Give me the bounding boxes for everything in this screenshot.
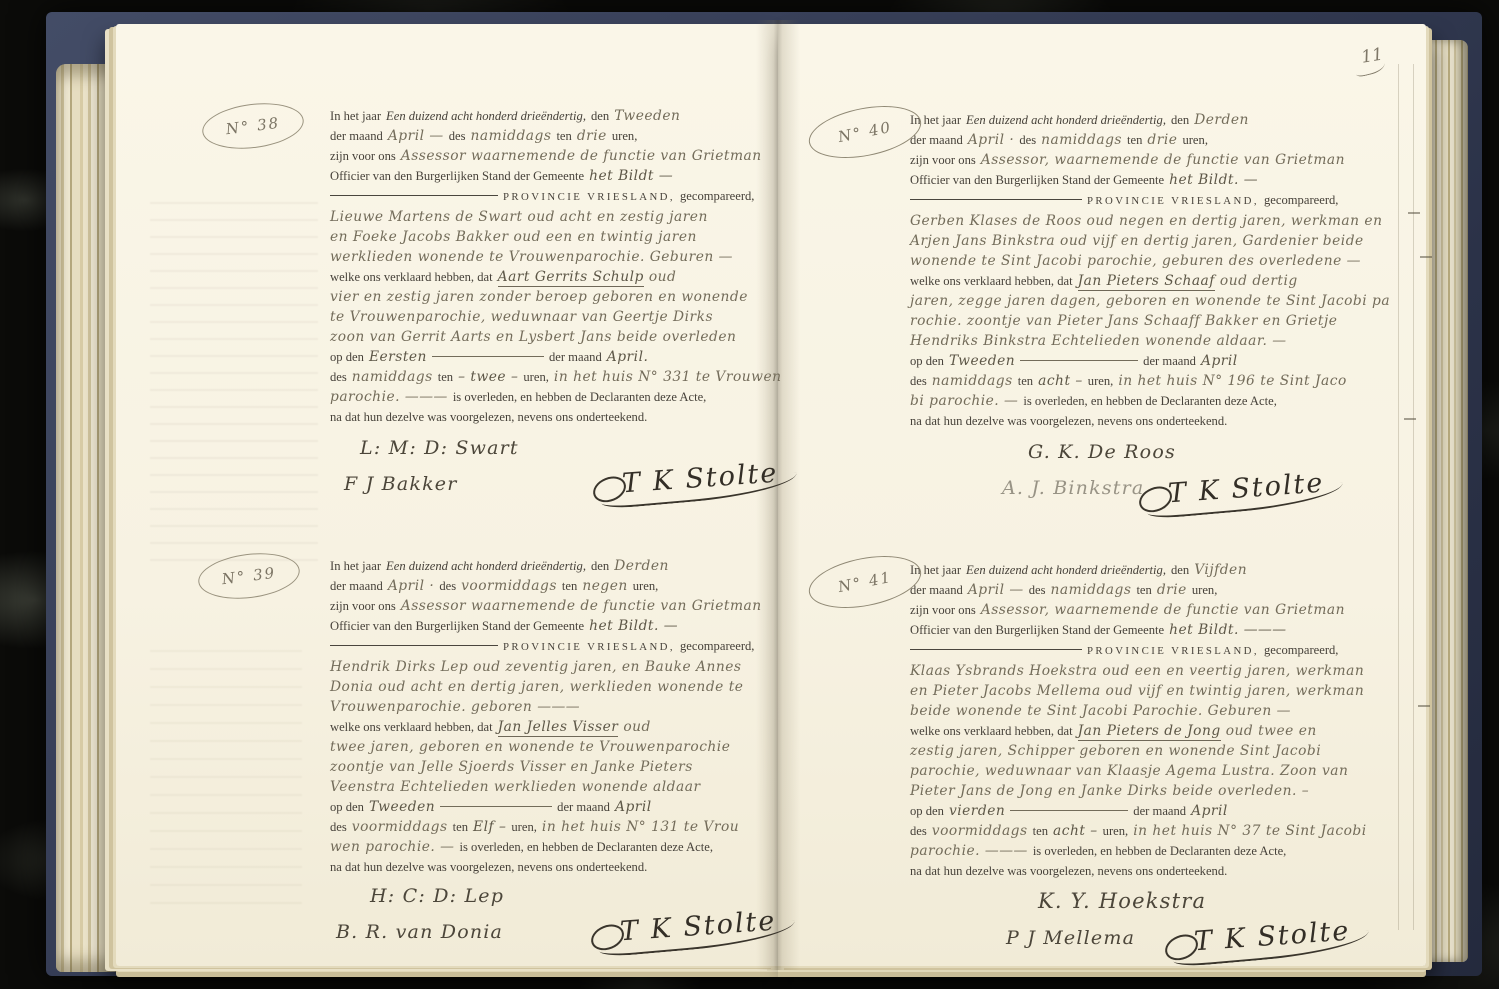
printed-text: uren, — [1192, 583, 1218, 597]
handwritten-details: vier en zestig jaren zonder beroep gebor… — [330, 289, 748, 305]
printed-text: gecompareerd, — [1264, 193, 1338, 207]
act-line: op denvierdender maandApril — [910, 801, 1390, 821]
witness-signature: H: C: D: Lep — [370, 885, 504, 907]
handwritten-death-hour: acht – — [1038, 373, 1083, 389]
printed-text: In het jaar — [330, 109, 381, 123]
handwritten-declarants: Lieuwe Martens de Swart oud acht en zest… — [330, 209, 708, 225]
printed-text: welke ons verklaard hebben, dat — [330, 720, 493, 734]
act-line: Gerben Klases de Roos oud negen en derti… — [910, 211, 1390, 231]
printed-text: uren, — [511, 820, 537, 834]
printed-text: op den — [910, 354, 944, 368]
act-line: In het jaarEen duizend acht honderd drie… — [910, 110, 1390, 130]
printed-text: Provincie Vriesland, — [1087, 645, 1259, 657]
handwritten-death-hour: acht – — [1053, 823, 1098, 839]
deceased-name: Aart Gerrits Schulp — [498, 269, 644, 287]
printed-text: Een duizend acht honderd drieëndertig, — [966, 113, 1166, 127]
act-line: jaren, zegge jaren dagen, geboren en won… — [910, 291, 1390, 311]
act-line: zoontje van Jelle Sjoerds Visser en Jank… — [330, 757, 792, 777]
printed-text: ten — [1136, 583, 1151, 597]
printed-text: der maand — [330, 579, 383, 593]
handwritten-details: Hendriks Binkstra Echtelieden wonende al… — [910, 333, 1287, 349]
printed-text: des — [330, 820, 347, 834]
act-line: Lieuwe Martens de Swart oud acht en zest… — [330, 207, 792, 227]
handwritten-declarants: beide wonende te Sint Jacobi Parochie. G… — [910, 703, 1291, 719]
printed-text: welke ons verklaard hebben, dat — [910, 724, 1073, 738]
act-line: welke ons verklaard hebben, datAart Gerr… — [330, 267, 792, 287]
printed-text: den — [1171, 563, 1189, 577]
handwritten-death-daypart: voormiddags — [352, 819, 448, 835]
deceased-name: Jan Pieters de Jong — [1078, 723, 1221, 741]
handwritten-death-daypart: namiddags — [352, 369, 433, 385]
act-line: na dat hun dezelve was voorgelezen, neve… — [330, 407, 792, 427]
handwritten-death-month: April — [1201, 353, 1238, 369]
act-line: wonende te Sint Jacobi parochie, geburen… — [910, 251, 1390, 271]
printed-text: na dat hun dezelve was voorgelezen, neve… — [330, 860, 647, 874]
printed-text: uren, — [1182, 133, 1208, 147]
handwritten-declarants: Arjen Jans Binkstra oud vijf en dertig j… — [910, 233, 1364, 249]
act-line: zestig jaren, Schipper geboren en wonend… — [910, 741, 1390, 761]
act-line: vier en zestig jaren zonder beroep gebor… — [330, 287, 792, 307]
page-edge-stack-right — [1424, 40, 1468, 962]
act-line: Veenstra Echtelieden werklieden wonende … — [330, 777, 792, 797]
handwritten-gemeente: het Bildt — — [589, 168, 673, 184]
act-line: bi parochie. —is overleden, en hebben de… — [910, 391, 1390, 411]
printed-text: na dat hun dezelve was voorgelezen, neve… — [330, 410, 647, 424]
printed-text: ten — [438, 370, 453, 384]
death-act-40: N° 40 In het jaarEen duizend acht honder… — [806, 110, 1388, 534]
printed-text: op den — [330, 350, 364, 364]
witness-signature: P J Mellema — [1006, 927, 1135, 949]
handwritten-text: oud dertig — [1220, 273, 1298, 289]
handwritten-details: zoontje van Jelle Sjoerds Visser en Jank… — [330, 759, 693, 775]
act-line: der maandApril ·desnamiddagstendrieuren, — [910, 130, 1390, 150]
witness-signature: L: M: D: Swart — [360, 437, 519, 459]
printed-text: der maand — [549, 350, 602, 364]
act-line: op denTweedender maandApril — [910, 351, 1390, 371]
handwritten-death-place: parochie. ——— — [330, 389, 448, 405]
act-line: en Pieter Jacobs Mellema oud vijf en twi… — [910, 681, 1390, 701]
act-line: der maandApril ·desvoormiddagstennegenur… — [330, 576, 792, 596]
act-line: Hendriks Binkstra Echtelieden wonende al… — [910, 331, 1390, 351]
act-line: twee jaren, geboren en wonende te Vrouwe… — [330, 737, 792, 757]
deceased-name: Jan Jelles Visser — [498, 719, 619, 737]
printed-text: gecompareerd, — [1264, 643, 1338, 657]
printed-text: Een duizend acht honderd drieëndertig, — [386, 559, 586, 573]
act-line: Provincie Vriesland,gecompareerd, — [910, 190, 1390, 211]
handwritten-gemeente: het Bildt. — — [1169, 172, 1258, 188]
handwritten-death-day: Tweeden — [369, 799, 435, 815]
handwritten-death-place: bi parochie. — — [910, 393, 1018, 409]
handwritten-text: oud — [649, 269, 677, 285]
handwritten-death-month: April. — [607, 349, 649, 365]
witness-signature: A. J. Binkstra — [1002, 477, 1144, 499]
act-line: Officier van den Burgerlijken Stand der … — [910, 170, 1390, 190]
act-line: In het jaarEen duizend acht honderd drie… — [910, 560, 1390, 580]
handwritten-officiant: Assessor, waarnemende de functie van Gri… — [981, 602, 1345, 618]
act-line: desvoormiddagstenElf –uren,in het huis N… — [330, 817, 792, 837]
handwritten-declarants: Gerben Klases de Roos oud negen en derti… — [910, 213, 1382, 229]
act-line: Provincie Vriesland,gecompareerd, — [330, 186, 792, 207]
handwritten-month: April — — [968, 582, 1024, 598]
page-edge-stack-left — [56, 64, 122, 972]
official-signature: T K Stolte — [621, 458, 779, 500]
printed-text: ten — [453, 820, 468, 834]
handwritten-month: April · — [968, 132, 1015, 148]
handwritten-declarants: werklieden wonende te Vrouwenparochie. G… — [330, 249, 733, 265]
act-line: Hendrik Dirks Lep oud zeventig jaren, en… — [330, 657, 792, 677]
act-line: zijn voor onsAssessor, waarnemende de fu… — [910, 600, 1390, 620]
printed-text: der maand — [557, 800, 610, 814]
witness-signature: B. R. van Donia — [336, 921, 503, 943]
printed-text: welke ons verklaard hebben, dat — [330, 270, 493, 284]
death-act-39: N° 39 In het jaarEen duizend acht honder… — [196, 556, 781, 980]
printed-text: na dat hun dezelve was voorgelezen, neve… — [910, 864, 1227, 878]
printed-text: der maand — [1143, 354, 1196, 368]
act-line: Donia oud acht en dertig jaren, werklied… — [330, 677, 792, 697]
handwritten-gemeente: het Bildt. — — [589, 618, 678, 634]
printed-text: Officier van den Burgerlijken Stand der … — [330, 619, 584, 633]
handwritten-declarants: Donia oud acht en dertig jaren, werklied… — [330, 679, 743, 695]
printed-text: des — [439, 579, 456, 593]
handwritten-daypart: namiddags — [1041, 132, 1122, 148]
handwritten-death-house: in het huis N° 196 te Sint Jaco — [1118, 373, 1346, 389]
act-line: zoon van Gerrit Aarts en Lysbert Jans be… — [330, 327, 792, 347]
act-line: zijn voor onsAssessor, waarnemende de fu… — [910, 150, 1390, 170]
printed-text: op den — [910, 804, 944, 818]
handwritten-declarants: Hendrik Dirks Lep oud zeventig jaren, en… — [330, 659, 741, 675]
printed-text: Een duizend acht honderd drieëndertig, — [386, 109, 586, 123]
printed-text: des — [910, 374, 927, 388]
handwritten-death-hour: Elf – — [473, 819, 506, 835]
printed-text: uren, — [1103, 824, 1129, 838]
printed-text: zijn voor ons — [330, 599, 396, 613]
act-line: der maandApril —desnamiddagstendrieuren, — [910, 580, 1390, 600]
handwritten-details: te Vrouwenparochie, weduwnaar van Geertj… — [330, 309, 713, 325]
printed-text: der maand — [910, 583, 963, 597]
handwritten-death-day: vierden — [949, 803, 1005, 819]
act-line: Provincie Vriesland,gecompareerd, — [330, 636, 792, 657]
printed-text: der maand — [910, 133, 963, 147]
handwritten-officiant: Assessor waarnemende de functie van Grie… — [401, 148, 762, 164]
handwritten-officiant: Assessor waarnemende de functie van Grie… — [401, 598, 762, 614]
printed-text: ten — [1018, 374, 1033, 388]
act-line: te Vrouwenparochie, weduwnaar van Geertj… — [330, 307, 792, 327]
handwritten-filler-rule — [440, 806, 552, 807]
printed-text: is overleden, en hebben de Declaranten d… — [1023, 394, 1277, 408]
printed-text: is overleden, en hebben de Declaranten d… — [1033, 844, 1287, 858]
handwritten-details: jaren, zegge jaren dagen, geboren en won… — [910, 293, 1390, 309]
handwritten-hour: drie — [1157, 582, 1187, 598]
printed-text: des — [1019, 133, 1036, 147]
printed-text: ten — [1127, 133, 1142, 147]
act-number: N° 40 — [837, 118, 894, 146]
death-act-38: N° 38 In het jaarEen duizend acht honder… — [200, 106, 785, 530]
act-line: welke ons verklaard hebben, datJan Piete… — [910, 721, 1390, 741]
official-signature: T K Stolte — [619, 906, 777, 948]
act-line: parochie. ———is overleden, en hebben de … — [910, 841, 1390, 861]
act-line: Officier van den Burgerlijken Stand der … — [330, 166, 792, 186]
printed-text: zijn voor ons — [330, 149, 396, 163]
handwritten-details: zestig jaren, Schipper geboren en wonend… — [910, 743, 1321, 759]
handwritten-text: oud twee en — [1226, 723, 1317, 739]
act-line: zijn voor onsAssessor waarnemende de fun… — [330, 146, 792, 166]
official-signature: T K Stolte — [1193, 916, 1351, 958]
handwritten-death-house: in het huis N° 331 te Vrouwen — [554, 369, 782, 385]
printed-text: Officier van den Burgerlijken Stand der … — [330, 169, 584, 183]
handwritten-death-month: April — [1191, 803, 1228, 819]
handwritten-details: Pieter Jans de Jong en Janke Dirks beide… — [910, 783, 1309, 799]
handwritten-death-place: wen parochie. — — [330, 839, 454, 855]
act-number: N° 38 — [225, 114, 281, 139]
handwritten-text: oud — [623, 719, 651, 735]
act-line: welke ons verklaard hebben, datJan Piete… — [910, 271, 1390, 291]
handwritten-month: April — — [388, 128, 444, 144]
printed-text: des — [330, 370, 347, 384]
printed-text: gecompareerd, — [680, 189, 754, 203]
printed-text: ten — [1033, 824, 1048, 838]
signature-block: L: M: D: Swart F J Bakker T K Stolte — [330, 435, 792, 530]
printed-text: Provincie Vriesland, — [503, 191, 675, 203]
printed-text: Officier van den Burgerlijken Stand der … — [910, 173, 1164, 187]
act-line: op denEerstender maandApril. — [330, 347, 792, 367]
handwritten-death-house: in het huis N° 37 te Sint Jacobi — [1133, 823, 1366, 839]
act-line: der maandApril —desnamiddagstendrieuren, — [330, 126, 792, 146]
handwritten-death-month: April — [615, 799, 652, 815]
death-act-41: N° 41 In het jaarEen duizend acht honder… — [806, 560, 1388, 984]
handwritten-gemeente: het Bildt. ——— — [1169, 622, 1286, 638]
printed-text: welke ons verklaard hebben, dat — [910, 274, 1073, 288]
printed-text: is overleden, en hebben de Declaranten d… — [453, 390, 707, 404]
act-line: beide wonende te Sint Jacobi Parochie. G… — [910, 701, 1390, 721]
printed-text: des — [1029, 583, 1046, 597]
printed-text: uren, — [633, 579, 659, 593]
act-line: welke ons verklaard hebben, datJan Jelle… — [330, 717, 792, 737]
printed-filler-rule — [910, 649, 1082, 650]
handwritten-death-hour: – twee – — [458, 369, 518, 385]
printed-text: den — [1171, 113, 1189, 127]
act-line: desvoormiddagstenacht –uren,in het huis … — [910, 821, 1390, 841]
handwritten-hour: negen — [582, 578, 627, 594]
act-number: N° 39 — [221, 564, 277, 589]
act-line: desnamiddagsten– twee –uren,in het huis … — [330, 367, 792, 387]
handwritten-details: zoon van Gerrit Aarts en Lysbert Jans be… — [330, 329, 736, 345]
handwritten-declarants: Klaas Ysbrands Hoekstra oud een en veert… — [910, 663, 1364, 679]
handwritten-death-house: in het huis N° 131 te Vrou — [542, 819, 739, 835]
printed-text: zijn voor ons — [910, 153, 976, 167]
act-line: werklieden wonende te Vrouwenparochie. G… — [330, 247, 792, 267]
handwritten-declarants: en Foeke Jacobs Bakker oud een en twinti… — [330, 229, 697, 245]
witness-signature: G. K. De Roos — [1028, 441, 1176, 463]
printed-filler-rule — [330, 645, 498, 646]
printed-text: der maand — [1133, 804, 1186, 818]
handwritten-daypart: namiddags — [1051, 582, 1132, 598]
printed-text: des — [910, 824, 927, 838]
handwritten-filler-rule — [1020, 360, 1138, 361]
act-line: Klaas Ysbrands Hoekstra oud een en veert… — [910, 661, 1390, 681]
act-line: en Foeke Jacobs Bakker oud een en twinti… — [330, 227, 792, 247]
handwritten-death-place: parochie. ——— — [910, 843, 1028, 859]
act-line: na dat hun dezelve was voorgelezen, neve… — [330, 857, 792, 877]
handwritten-filler-rule — [432, 356, 544, 357]
handwritten-hour: drie — [1147, 132, 1177, 148]
handwritten-month: April · — [388, 578, 435, 594]
printed-text: ten — [556, 129, 571, 143]
act-line: op denTweedender maandApril — [330, 797, 792, 817]
handwritten-declarants: wonende te Sint Jacobi parochie, geburen… — [910, 253, 1361, 269]
printed-text: In het jaar — [330, 559, 381, 573]
act-line: In het jaarEen duizend acht honderd drie… — [330, 106, 792, 126]
handwritten-day: Tweeden — [614, 108, 680, 124]
act-line: Arjen Jans Binkstra oud vijf en dertig j… — [910, 231, 1390, 251]
printed-text: uren, — [523, 370, 549, 384]
act-line: Pieter Jans de Jong en Janke Dirks beide… — [910, 781, 1390, 801]
handwritten-details: twee jaren, geboren en wonende te Vrouwe… — [330, 739, 730, 755]
act-line: Provincie Vriesland,gecompareerd, — [910, 640, 1390, 661]
official-signature: T K Stolte — [1167, 468, 1325, 510]
act-line: desnamiddagstenacht –uren,in het huis N°… — [910, 371, 1390, 391]
printed-text: zijn voor ons — [910, 603, 976, 617]
act-line: Officier van den Burgerlijken Stand der … — [910, 620, 1390, 640]
handwritten-death-daypart: voormiddags — [932, 823, 1028, 839]
printed-filler-rule — [330, 195, 498, 196]
act-number: N° 41 — [837, 568, 894, 596]
handwritten-daypart: voormiddags — [461, 578, 557, 594]
printed-text: Een duizend acht honderd drieëndertig, — [966, 563, 1166, 577]
signature-block: K. Y. Hoekstra P J Mellema T K Stolte — [910, 889, 1390, 984]
handwritten-daypart: namiddags — [471, 128, 552, 144]
printed-text: der maand — [330, 129, 383, 143]
act-line: rochie. zoontje van Pieter Jans Schaaff … — [910, 311, 1390, 331]
handwritten-declarants: en Pieter Jacobs Mellema oud vijf en twi… — [910, 683, 1364, 699]
handwritten-death-day: Tweeden — [949, 353, 1015, 369]
act-line: parochie, weduwnaar van Klaasje Agema Lu… — [910, 761, 1390, 781]
signature-block: G. K. De Roos A. J. Binkstra T K Stolte — [910, 439, 1390, 534]
printed-text: den — [591, 109, 609, 123]
handwritten-day: Derden — [1194, 112, 1249, 128]
witness-signature: K. Y. Hoekstra — [1038, 889, 1206, 913]
handwritten-death-day: Eersten — [369, 349, 427, 365]
handwritten-details: Veenstra Echtelieden werklieden wonende … — [330, 779, 701, 795]
act-line: zijn voor onsAssessor waarnemende de fun… — [330, 596, 792, 616]
act-number-oval: N° 38 — [200, 98, 307, 154]
handwritten-declarants: Vrouwenparochie. geboren ——— — [330, 699, 580, 715]
witness-signature: F J Bakker — [344, 473, 458, 495]
handwritten-hour: drie — [577, 128, 607, 144]
printed-text: uren, — [612, 129, 638, 143]
signature-block: H: C: D: Lep B. R. van Donia T K Stolte — [330, 885, 792, 980]
act-line: parochie. ———is overleden, en hebben de … — [330, 387, 792, 407]
printed-text: uren, — [1088, 374, 1114, 388]
page-number: 11 — [1360, 44, 1386, 75]
act-line: Officier van den Burgerlijken Stand der … — [330, 616, 792, 636]
printed-text: gecompareerd, — [680, 639, 754, 653]
handwritten-day: Vijfden — [1194, 562, 1247, 578]
printed-text: des — [449, 129, 466, 143]
handwritten-filler-rule — [1010, 810, 1128, 811]
deceased-name: Jan Pieters Schaaf — [1078, 273, 1215, 291]
act-line: In het jaarEen duizend acht honderd drie… — [330, 556, 792, 576]
printed-text: is overleden, en hebben de Declaranten d… — [459, 840, 713, 854]
printed-text: op den — [330, 800, 364, 814]
act-line: Vrouwenparochie. geboren ——— — [330, 697, 792, 717]
printed-text: Provincie Vriesland, — [1087, 195, 1259, 207]
printed-text: na dat hun dezelve was voorgelezen, neve… — [910, 414, 1227, 428]
handwritten-details: rochie. zoontje van Pieter Jans Schaaff … — [910, 313, 1337, 329]
printed-text: ten — [562, 579, 577, 593]
act-line: wen parochie. —is overleden, en hebben d… — [330, 837, 792, 857]
register-photograph: 11 N° 38 In het jaarEen duizend acht hon… — [0, 0, 1499, 989]
printed-text: Officier van den Burgerlijken Stand der … — [910, 623, 1164, 637]
act-line: na dat hun dezelve was voorgelezen, neve… — [910, 861, 1390, 881]
printed-text: Provincie Vriesland, — [503, 641, 675, 653]
printed-text: den — [591, 559, 609, 573]
handwritten-death-daypart: namiddags — [932, 373, 1013, 389]
handwritten-day: Derden — [614, 558, 669, 574]
handwritten-details: parochie, weduwnaar van Klaasje Agema Lu… — [910, 763, 1348, 779]
act-number-oval: N° 39 — [196, 548, 303, 604]
printed-filler-rule — [910, 199, 1082, 200]
act-line: na dat hun dezelve was voorgelezen, neve… — [910, 411, 1390, 431]
handwritten-officiant: Assessor, waarnemende de functie van Gri… — [981, 152, 1345, 168]
